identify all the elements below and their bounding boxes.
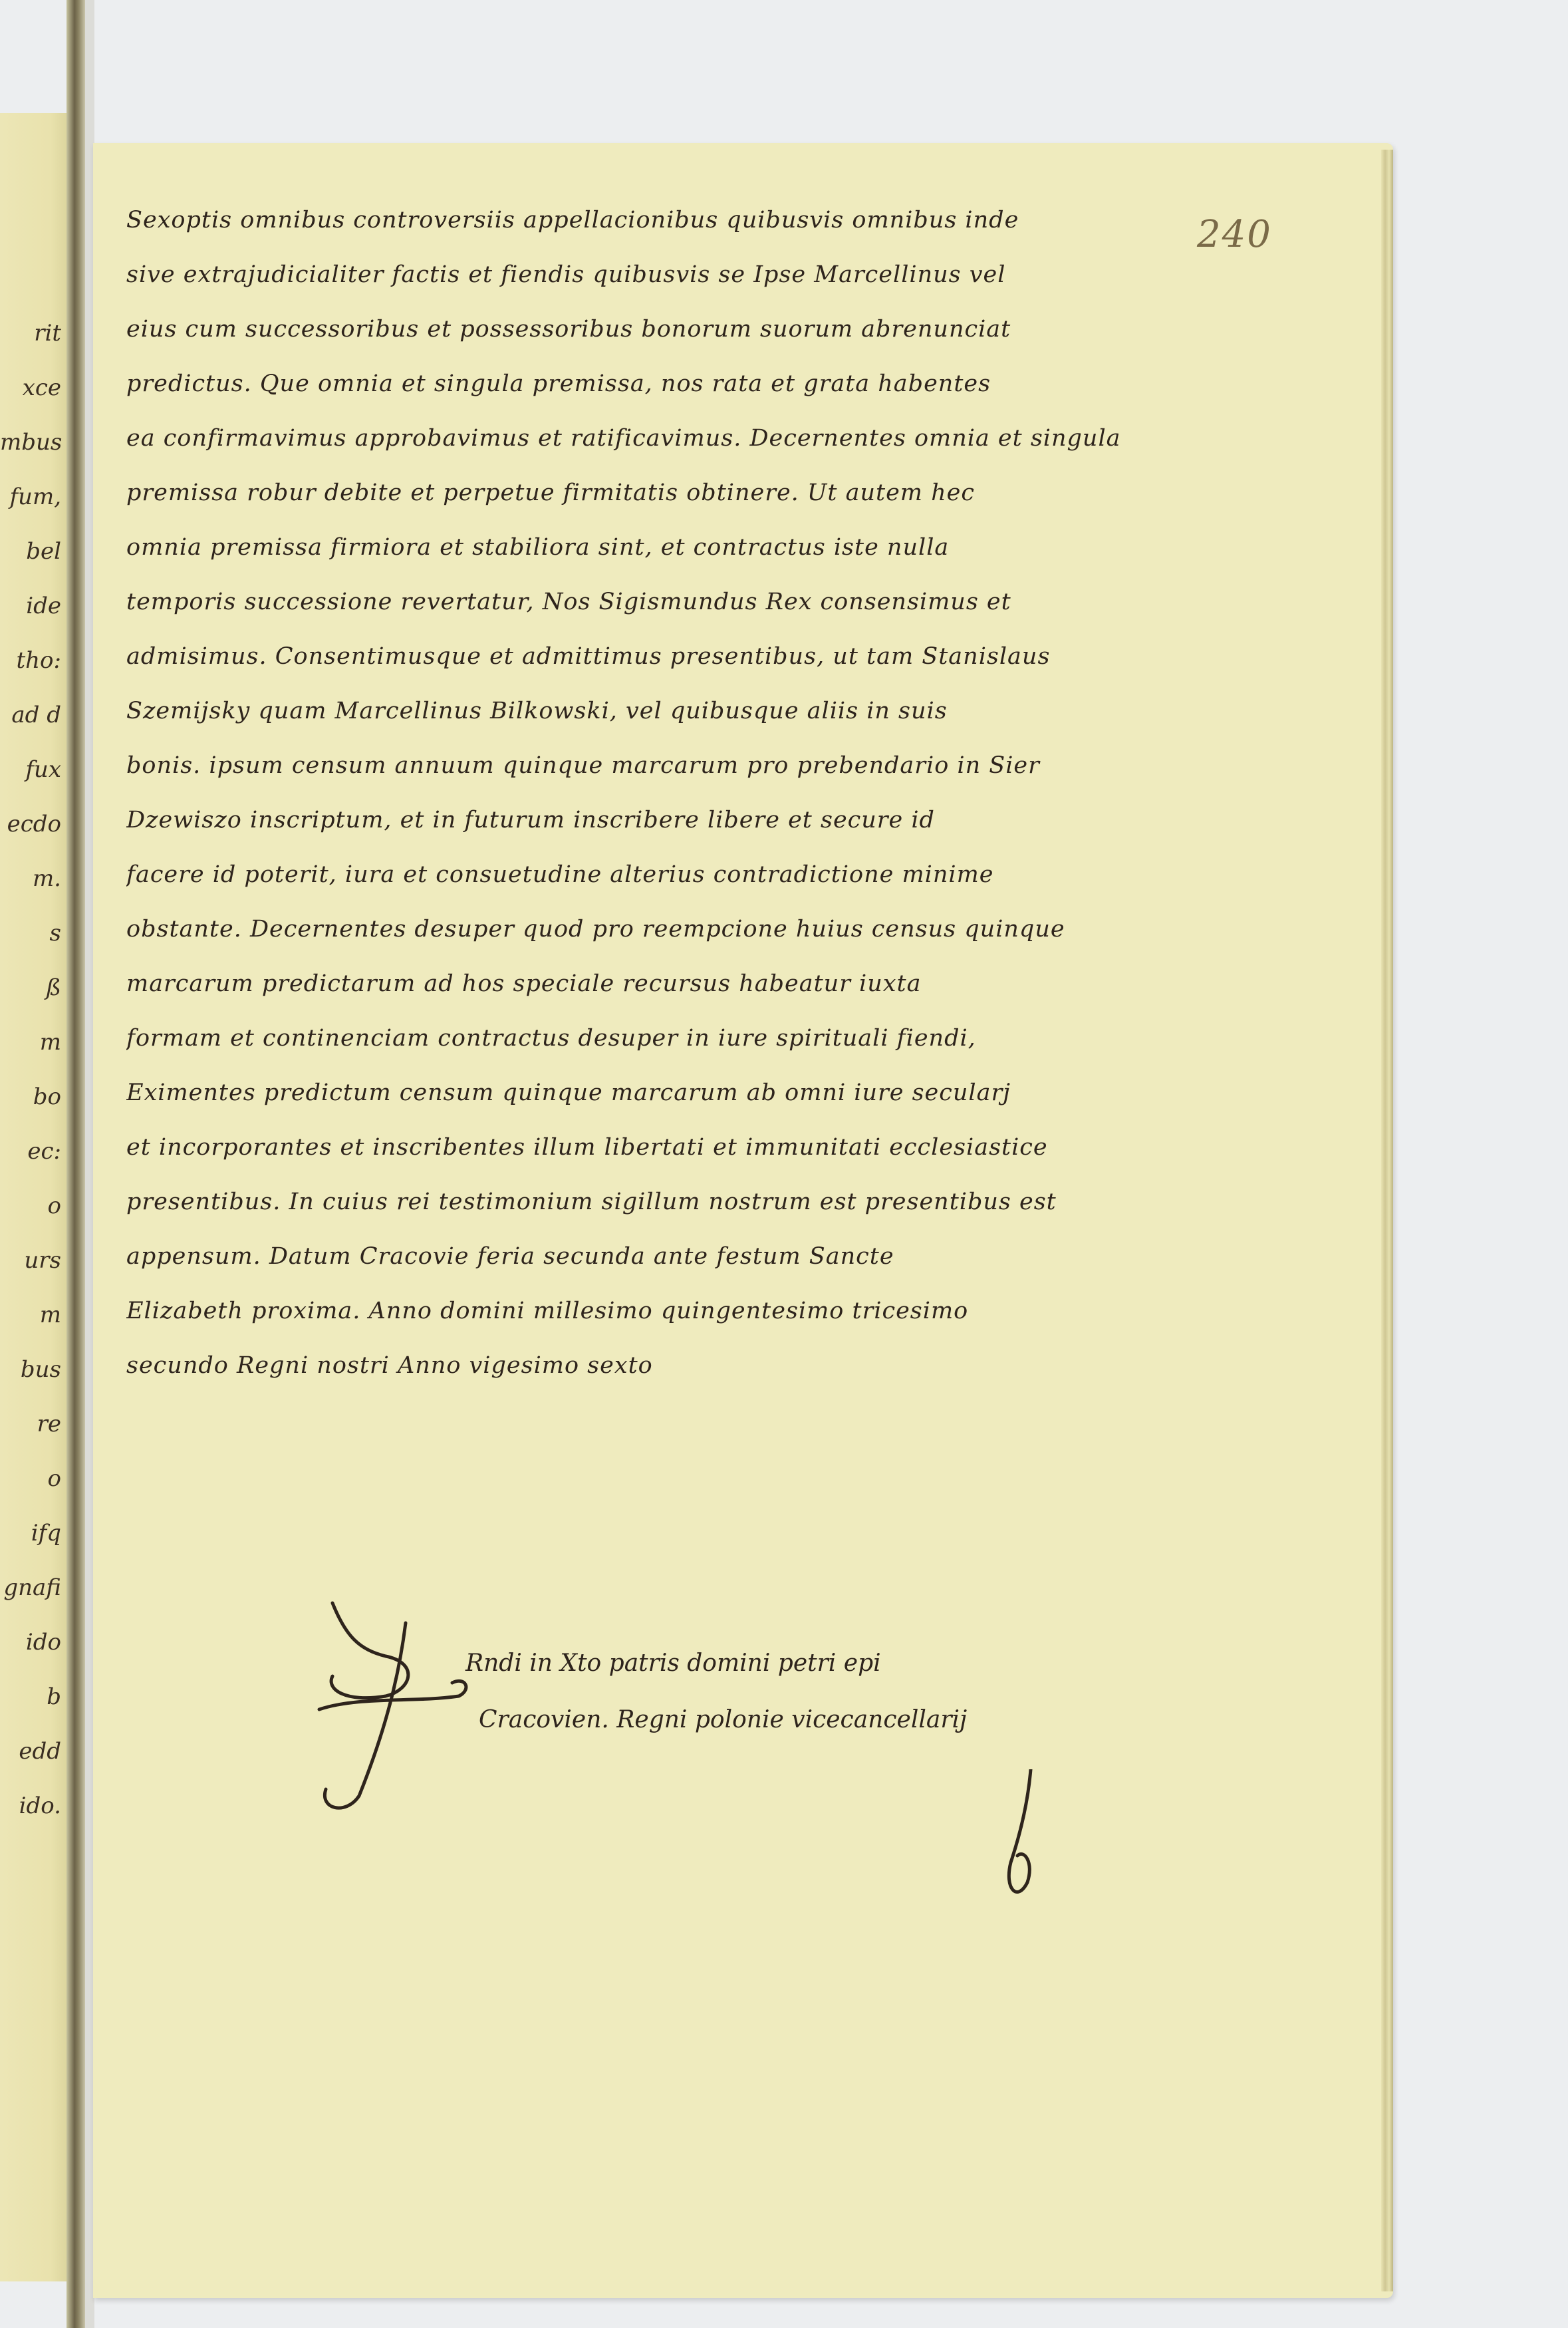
margin-fragment: ide (0, 579, 73, 633)
margin-fragment: urs (0, 1233, 73, 1288)
text-line: secundo Regni nostri Anno vigesimo sexto (126, 1338, 1164, 1393)
text-line: eius cum successoribus et possessoribus … (126, 302, 1164, 357)
margin-fragment: bo (0, 1070, 73, 1124)
margin-fragment: ido (0, 1615, 73, 1670)
book-gutter (66, 0, 86, 2328)
text-line: ea confirmavimus approbavimus et ratific… (126, 411, 1164, 466)
text-line: premissa robur debite et perpetue firmit… (126, 466, 1164, 520)
margin-fragment: bel (0, 524, 73, 579)
paraph-flourish-icon (306, 1596, 479, 1816)
descender-flourish-icon (991, 1769, 1044, 1902)
page-edge (1381, 150, 1393, 2291)
margin-fragment: mbus (0, 415, 73, 470)
left-page-text-fragments: rit xce mbus fum, bel ide tho: ad d fux … (0, 306, 73, 1833)
margin-fragment: m (0, 1288, 73, 1342)
text-line: appensum. Datum Cracovie feria secunda a… (126, 1229, 1164, 1284)
margin-fragment: gnafi (0, 1560, 73, 1615)
margin-fragment: fux (0, 742, 73, 797)
margin-fragment: ifq (0, 1506, 73, 1560)
margin-fragment: re (0, 1397, 73, 1451)
facing-left-page: rit xce mbus fum, bel ide tho: ad d fux … (0, 113, 72, 2281)
text-line: facere id poterit, iura et consuetudine … (126, 847, 1164, 902)
text-line: presentibus. In cuius rei testimonium si… (126, 1175, 1164, 1229)
text-line: bonis. ipsum censum annuum quinque marca… (126, 738, 1164, 793)
margin-fragment: o (0, 1451, 73, 1506)
margin-fragment: rit (0, 306, 73, 361)
text-line: Eximentes predictum censum quinque marca… (126, 1066, 1164, 1120)
text-line: et incorporantes et inscribentes illum l… (126, 1120, 1164, 1175)
margin-fragment: bus (0, 1342, 73, 1397)
chancellor-signature-block: Rndi in Xto patris domini petri epi Crac… (306, 1596, 1137, 1902)
text-line: Szemijsky quam Marcellinus Bilkowski, ve… (126, 684, 1164, 738)
text-line: Elizabeth proxima. Anno domini millesimo… (126, 1284, 1164, 1338)
folio-number: 240 (1197, 213, 1272, 256)
signature-line-2: Cracovien. Regni polonie vicecancellarij (479, 1706, 967, 1733)
margin-fragment: m. (0, 851, 73, 906)
margin-fragment: xce (0, 361, 73, 415)
text-line: temporis successione revertatur, Nos Sig… (126, 575, 1164, 629)
margin-fragment: ad d (0, 688, 73, 742)
text-line: Dzewiszo inscriptum, et in futurum inscr… (126, 793, 1164, 847)
text-line: formam et continenciam contractus desupe… (126, 1011, 1164, 1066)
margin-fragment: edd (0, 1724, 73, 1779)
margin-fragment: ß (0, 960, 73, 1015)
margin-fragment: b (0, 1670, 73, 1724)
text-line: obstante. Decernentes desuper quod pro r… (126, 902, 1164, 956)
margin-fragment: m (0, 1015, 73, 1070)
margin-fragment: o (0, 1179, 73, 1233)
text-line: predictus. Que omnia et singula premissa… (126, 357, 1164, 411)
text-line: marcarum predictarum ad hos speciale rec… (126, 956, 1164, 1011)
signature-line-1: Rndi in Xto patris domini petri epi (465, 1650, 881, 1677)
text-line: admisimus. Consentimusque et admittimus … (126, 629, 1164, 684)
text-line: omnia premissa firmiora et stabiliora si… (126, 520, 1164, 575)
margin-fragment: tho: (0, 633, 73, 688)
text-line: sive extrajudicialiter factis et fiendis… (126, 247, 1164, 302)
margin-fragment: fum, (0, 470, 73, 524)
margin-fragment: ec: (0, 1124, 73, 1179)
margin-fragment: ido. (0, 1779, 73, 1833)
manuscript-text-block: Sexoptis omnibus controversiis appellaci… (126, 193, 1164, 1393)
margin-fragment: s (0, 906, 73, 960)
margin-fragment: ecdo (0, 797, 73, 851)
text-line: Sexoptis omnibus controversiis appellaci… (126, 193, 1164, 247)
